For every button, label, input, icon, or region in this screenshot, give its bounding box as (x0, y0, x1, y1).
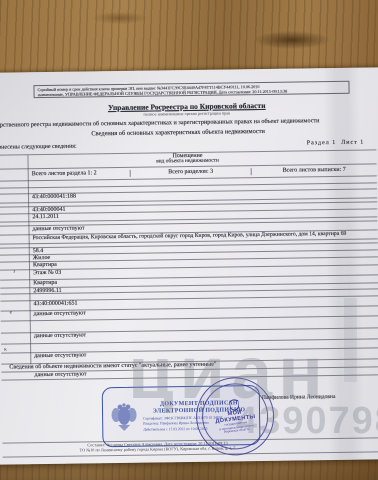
signature-certificate-box: Серийный номер и срок действия ключа про… (33, 81, 349, 98)
document-section-title: Сведения об основных характеристиках объ… (0, 127, 358, 139)
entered-info-label: внесены следующие сведения: (0, 144, 77, 151)
cropped-label-letter: к (4, 347, 7, 353)
signatory-name: Панфилова Ирина Леонидовна (262, 394, 336, 401)
section-sheet-label: Раздел 1 Лист 1 (307, 140, 365, 147)
photo-of-document-on-wooden-table: Серийный номер и срок действия ключа про… (0, 0, 378, 480)
cropped-label-letter: з (13, 268, 15, 274)
total-sheets-section: Всего листов раздела 1: 2 (0, 170, 131, 178)
cropped-label-letter: е (10, 309, 13, 315)
total-sheets-extract: Всего листов выписки: 7 (252, 167, 377, 175)
total-sections: Всего разделов: 3 (131, 168, 252, 176)
meta-row: внесены следующие сведения: Раздел 1 Лис… (0, 140, 364, 151)
document-paper: Серийный номер и срок действия ключа про… (0, 67, 378, 464)
state-emblem-eagle-icon (109, 400, 139, 434)
object-characteristics-table: Помещение вид объекта недвижимости Всего… (0, 149, 378, 380)
